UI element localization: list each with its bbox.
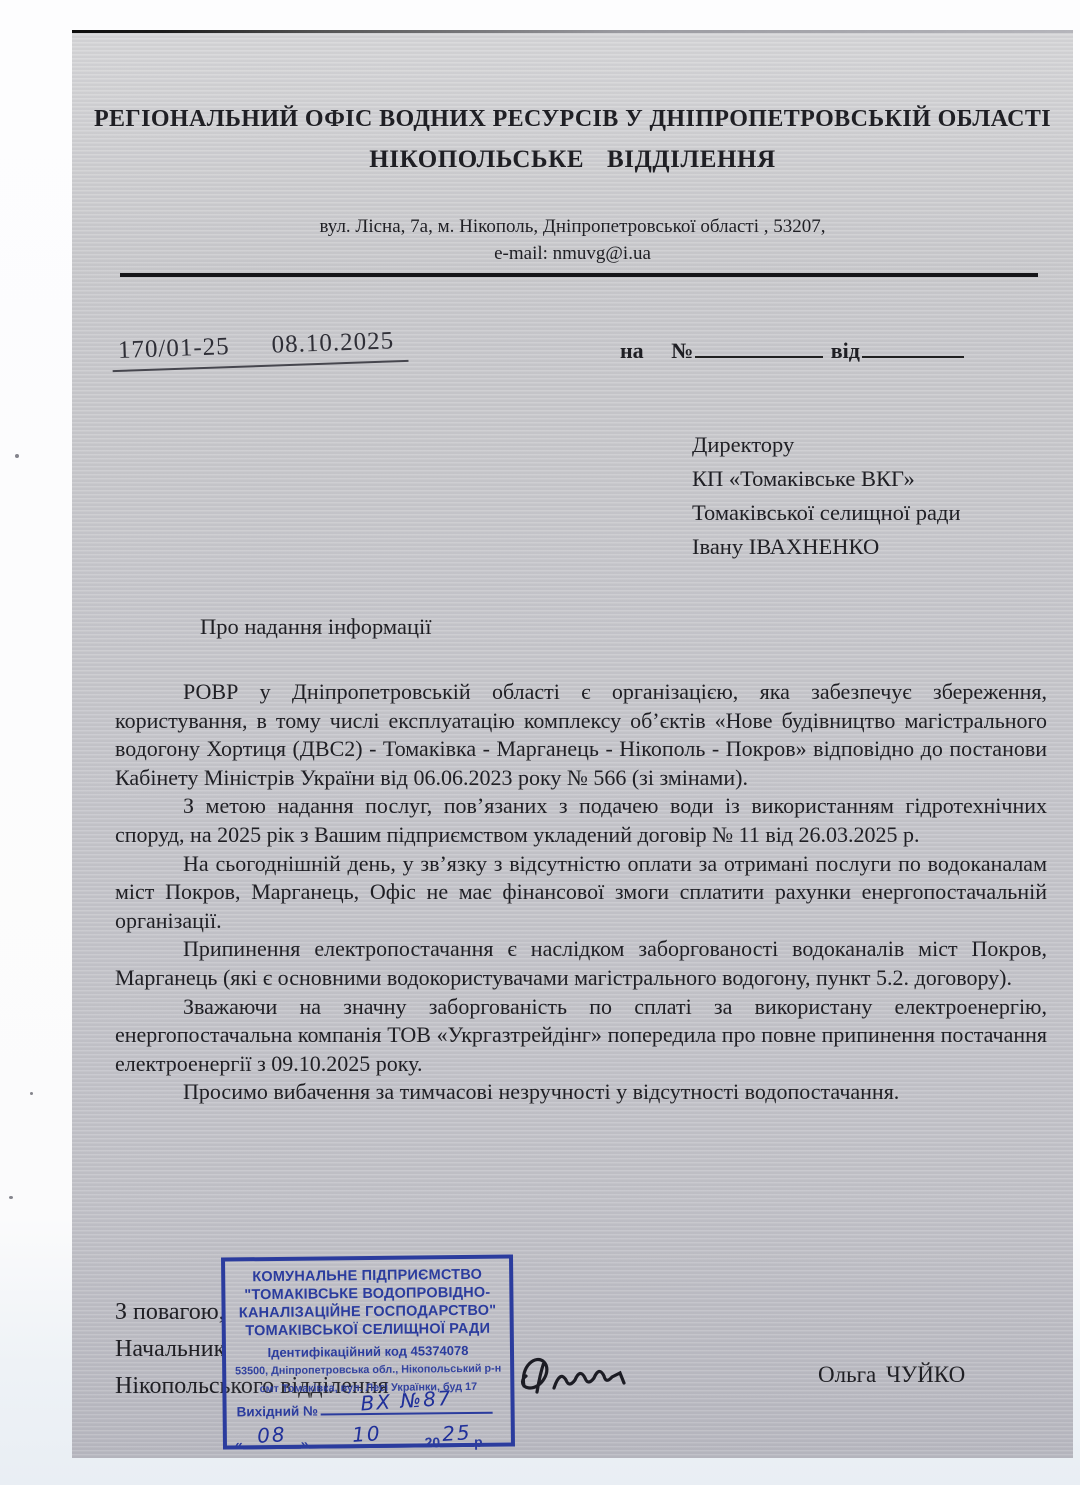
body-paragraph: З метою надання послуг, пов’язаних з под… bbox=[115, 792, 1047, 849]
stamp-outgoing-handwritten: ВХ №87 bbox=[360, 1386, 453, 1416]
stamp-month-handwritten: 10 bbox=[351, 1421, 382, 1447]
stamp-year-suffix: р bbox=[474, 1434, 483, 1450]
body-paragraph: Зважаючи на значну заборгованість по спл… bbox=[115, 993, 1047, 1079]
reply-number-symbol: № bbox=[671, 338, 693, 363]
reply-number-blank-line bbox=[695, 336, 823, 358]
stamp-org-line4: ТОМАКІВСЬКОЇ СЕЛИЩНОЇ РАДИ bbox=[232, 1320, 504, 1341]
letterhead-divider bbox=[120, 273, 1038, 277]
stamp-outgoing-row: Вихідний №ВХ №87 bbox=[232, 1398, 504, 1420]
stamp-year-prefix: 20 bbox=[424, 1434, 440, 1450]
official-stamp: КОМУНАЛЬНЕ ПІДПРИЄМСТВО "ТОМАКІВСЬКЕ ВОД… bbox=[221, 1254, 515, 1449]
stamp-day-handwritten: 08 bbox=[256, 1422, 287, 1448]
reply-reference-row: на № від bbox=[620, 336, 966, 364]
stamp-quote-close: » bbox=[301, 1436, 309, 1452]
reply-prefix-label: на bbox=[620, 338, 644, 363]
recipient-role: Директору bbox=[692, 428, 961, 462]
letter-page: РЕГІОНАЛЬНИЙ ОФІС ВОДНИХ РЕСУРСІВ У ДНІП… bbox=[72, 30, 1073, 1458]
org-name-line1: РЕГІОНАЛЬНИЙ ОФІС ВОДНИХ РЕСУРСІВ У ДНІП… bbox=[72, 106, 1073, 133]
body-paragraph: Припинення електропостачання є наслідком… bbox=[115, 935, 1047, 992]
subject-line: Про надання інформації bbox=[200, 614, 432, 640]
handwritten-ref-date: 08.10.2025 bbox=[271, 327, 394, 358]
stamp-quote-open: « bbox=[235, 1436, 243, 1452]
scan-edge-artifact bbox=[72, 30, 1073, 33]
signatory-name: Ольга ЧУЙКО bbox=[818, 1362, 965, 1388]
stamp-date-row: «08»102025р bbox=[233, 1431, 505, 1453]
handwritten-ref-number: 170/01-25 bbox=[117, 333, 230, 364]
body-paragraph: РОВР у Дніпропетровській області є орган… bbox=[115, 678, 1047, 792]
stamp-day-blank-line: 08 bbox=[243, 1433, 301, 1450]
body-paragraph: Просимо вибачення за тимчасові незручнос… bbox=[115, 1078, 1047, 1107]
stamp-year-handwritten: 25 bbox=[442, 1420, 473, 1446]
scan-speck bbox=[9, 1196, 13, 1199]
letter-body: РОВР у Дніпропетровській області є орган… bbox=[115, 678, 1047, 1107]
stamp-year-blank-line: 25 bbox=[440, 1431, 474, 1447]
recipient-block: Директору КП «Томаківське ВКГ» Томаківсь… bbox=[692, 428, 961, 564]
org-email: e-mail: nmuvg@i.ua bbox=[72, 243, 1073, 265]
org-name-line2: НІКОПОЛЬСЬКЕ ВІДДІЛЕННЯ bbox=[72, 146, 1073, 174]
stamp-outgoing-label: Вихідний № bbox=[237, 1404, 319, 1420]
scan-speck bbox=[30, 1092, 33, 1095]
recipient-organization: КП «Томаківське ВКГ» bbox=[692, 462, 961, 496]
recipient-council: Томаківської селищної ради bbox=[692, 496, 961, 530]
body-paragraph: На сьогоднішній день, у зв’язку з відсут… bbox=[115, 850, 1047, 936]
spacer bbox=[230, 353, 272, 354]
handwritten-reference: 170/01-2508.10.2025 bbox=[111, 327, 408, 372]
stamp-month-blank-line: 10 bbox=[308, 1431, 424, 1448]
signature-ink bbox=[510, 1348, 650, 1412]
reply-from-label: від bbox=[831, 338, 860, 363]
stamp-outgoing-blank-line: ВХ №87 bbox=[321, 1398, 493, 1416]
recipient-person: Івану ІВАХНЕНКО bbox=[692, 530, 961, 564]
stamp-address-line1: 53500, Дніпропетровська обл., Нікопольсь… bbox=[232, 1363, 504, 1379]
stamp-id-code: Ідентифікаційний код 45374078 bbox=[232, 1343, 504, 1361]
reply-date-blank-line bbox=[862, 336, 964, 358]
scan-speck bbox=[15, 454, 19, 458]
org-address: вул. Лісна, 7а, м. Нікополь, Дніпропетро… bbox=[72, 216, 1073, 238]
